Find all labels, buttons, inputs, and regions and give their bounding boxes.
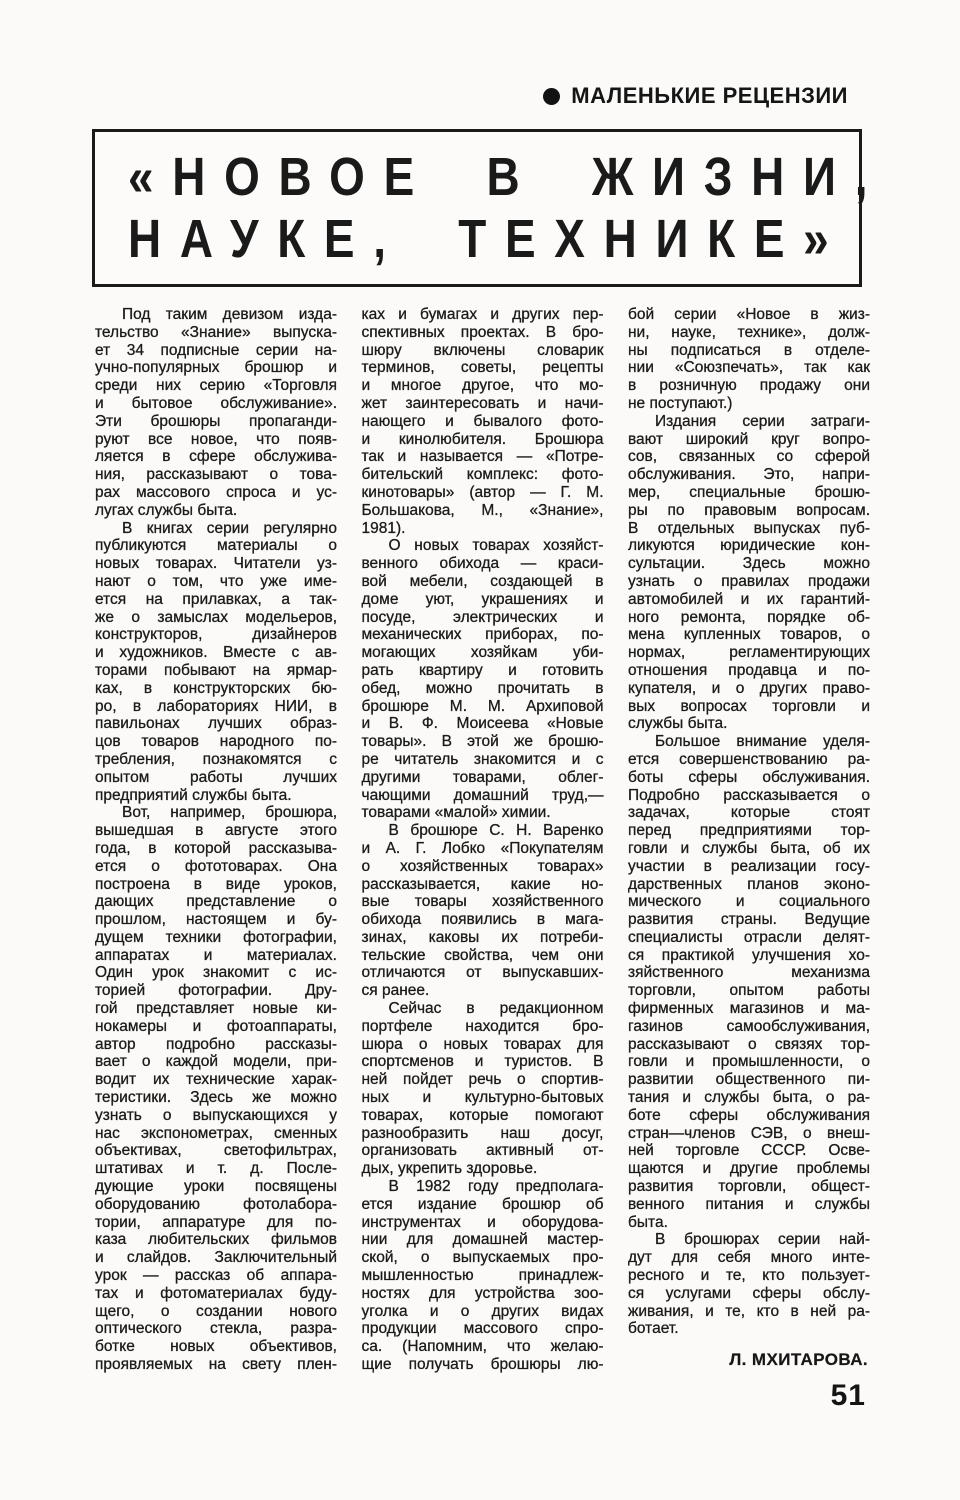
text-line: ках и бумагах и других пер- (362, 306, 604, 324)
text-line: и кинолюбителя. Брошюра (362, 431, 604, 449)
bullet-icon (543, 88, 560, 105)
text-line: посуде, электрических и (362, 609, 604, 627)
text-line: руют все новое, что появ- (95, 431, 337, 449)
text-line: нающего и бывалого фото- (362, 413, 604, 431)
text-line: нормах, регламентирующих (628, 644, 870, 662)
text-line: щие получать брошюры лю- (362, 1356, 604, 1374)
text-line: быта. (628, 1214, 870, 1232)
text-line: боты сферы обслуживания. (628, 769, 870, 787)
text-line: мена купленных товаров, о (628, 626, 870, 644)
text-line: тания и службы быта, о ра- (628, 1089, 870, 1107)
text-line: ках, в конструкторских бю- (95, 680, 337, 698)
text-line: товарами «малой» химии. (362, 804, 604, 822)
text-line: оборудованию фотолабора- (95, 1196, 337, 1214)
paragraph: Издания серии затраги-вают широкий круг … (628, 413, 870, 733)
text-line: механических приборах, по- (362, 626, 604, 644)
text-line: обихода появились в мага- (362, 911, 604, 929)
text-line: фирменных магазинов и ма- (628, 1000, 870, 1018)
text-line: Эти брошюры пропаганди- (95, 413, 337, 431)
column-text: ках и бумагах и других пер-спективных пр… (362, 306, 604, 1374)
column-text: бой серии «Новое в жиз-ни, науке, техник… (628, 306, 870, 1338)
text-column-3: бой серии «Новое в жиз-ни, науке, техник… (628, 306, 870, 1374)
text-line: Подробно рассказывается о (628, 787, 870, 805)
text-line: специалисты отрасли делят- (628, 929, 870, 947)
text-line: нии для домашней мастер- (362, 1231, 604, 1249)
text-line: ния, рассказывают о това- (95, 466, 337, 484)
text-line: ро, в лабораториях НИИ, в (95, 698, 337, 716)
text-line: тельские свойства, чем они (362, 947, 604, 965)
text-line: ры по правовым вопросам. (628, 502, 870, 520)
text-line: отношения продавца и по- (628, 662, 870, 680)
text-line: чающими домашний труд,— (362, 787, 604, 805)
text-line: каза любительских фильмов (95, 1231, 337, 1249)
text-line: о хозяйственных товарах» (362, 858, 604, 876)
text-line: ресного и те, кто пользует- (628, 1267, 870, 1285)
text-line: щего, о создании нового (95, 1303, 337, 1321)
text-line: шюру включены словарик (362, 342, 604, 360)
text-line: Вот, например, брошюра, (95, 804, 337, 822)
text-line: гой представляет новые ки- (95, 1000, 337, 1018)
text-line: ностях для устройства зоо- (362, 1285, 604, 1303)
text-line: бой серии «Новое в жиз- (628, 306, 870, 324)
text-line: инструментах и оборудова- (362, 1214, 604, 1232)
paragraph: ках и бумагах и других пер-спективных пр… (362, 306, 604, 537)
text-line: спективных проектах. В бро- (362, 324, 604, 342)
text-line: ботке новых объективов, (95, 1338, 337, 1356)
text-line: проявляемых на свету плен- (95, 1356, 337, 1374)
text-line: О новых товарах хозяйст- (362, 537, 604, 555)
text-line: вают широкий круг вопро- (628, 431, 870, 449)
text-line: отличаются от выпускавших- (362, 964, 604, 982)
text-line: узнать о выпускающихся у (95, 1107, 337, 1125)
paragraph: В книгах серии регулярнопубликуются мате… (95, 520, 337, 805)
paragraph: Вот, например, брошюра,вышедшая в август… (95, 804, 337, 1374)
text-line: сультации. Здесь можно (628, 555, 870, 573)
text-line: же о замыслах модельеров, (95, 609, 337, 627)
text-line: Большое внимание уделя- (628, 733, 870, 751)
text-line: говли и промышленности, о (628, 1053, 870, 1071)
page-number: 51 (831, 1381, 866, 1411)
text-line: мического и социального (628, 893, 870, 911)
text-line: дут для себя много инте- (628, 1249, 870, 1267)
text-line: В брошюрах серии най- (628, 1231, 870, 1249)
text-line: мышленностью принадлеж- (362, 1267, 604, 1285)
text-line: и слайдов. Заключительный (95, 1249, 337, 1267)
text-line: аппаратах и материалах. (95, 947, 337, 965)
text-line: развитии общественного пи- (628, 1071, 870, 1089)
text-line: кинотовары» (автор — Г. М. (362, 484, 604, 502)
text-line: купателя, и о других право- (628, 680, 870, 698)
paragraph: Под таким девизом изда-тельство «Знание»… (95, 306, 337, 520)
text-line: газинов самообслуживания, (628, 1018, 870, 1036)
section-label: МАЛЕНЬКИЕ РЕЦЕНЗИИ (571, 86, 848, 106)
paragraph: В 1982 году предполага-ется издание брош… (362, 1178, 604, 1374)
paragraph: Сейчас в редакционномпортфеле находится … (362, 1000, 604, 1178)
text-line: оптического стекла, разра- (95, 1320, 337, 1338)
text-line: В книгах серии регулярно (95, 520, 337, 538)
text-line: зяйственного механизма (628, 964, 870, 982)
text-line: построена в виде уроков, (95, 876, 337, 894)
paragraph: В брошюре С. Н. Варенкои А. Г. Лобко «По… (362, 822, 604, 1000)
text-line: нас экспонометрах, сменных (95, 1125, 337, 1143)
text-line: уголка и о других видах (362, 1303, 604, 1321)
text-line: В 1982 году предполага- (362, 1178, 604, 1196)
article-title-box: «НОВОЕ В ЖИЗНИ, НАУКЕ, ТЕХНИКЕ» (92, 129, 862, 287)
text-line: ных и культурно-бытовых (362, 1089, 604, 1107)
text-line: ней торговле СССР. Осве- (628, 1142, 870, 1160)
text-line: нокамеры и фотоаппараты, (95, 1018, 337, 1036)
text-line: участии в реализации госу- (628, 858, 870, 876)
text-line: тах и фотоматериалах буду- (95, 1285, 337, 1303)
text-line: организовать активный от- (362, 1142, 604, 1160)
text-line: ется на прилавках, а так- (95, 591, 337, 609)
text-line: развития торговли, общест- (628, 1178, 870, 1196)
magazine-page: МАЛЕНЬКИЕ РЕЦЕНЗИИ «НОВОЕ В ЖИЗНИ, НАУКЕ… (0, 0, 960, 1500)
text-line: водит их технические харак- (95, 1071, 337, 1089)
text-line: доме уют, украшениях и (362, 591, 604, 609)
text-line: рать квартиру и готовить (362, 662, 604, 680)
text-line: задачах, которые стоят (628, 804, 870, 822)
text-line: нают о том, что уже име- (95, 573, 337, 591)
text-line: торами побывают на ярмар- (95, 662, 337, 680)
text-line: в розничную продажу они (628, 377, 870, 395)
text-line: развития страны. Ведущие (628, 911, 870, 929)
text-line: стран—членов СЭВ, о внеш- (628, 1125, 870, 1143)
text-line: публикуются материалы о (95, 537, 337, 555)
text-line: венного обихода — краси- (362, 555, 604, 573)
text-line: обслуживания. Это, напри- (628, 466, 870, 484)
text-line: не поступают.) (628, 395, 870, 413)
text-line: ся практикой улучшения хо- (628, 947, 870, 965)
text-line: мер, специальные брошю- (628, 484, 870, 502)
text-line: продукции массового спро- (362, 1320, 604, 1338)
text-line: и многое другое, что мо- (362, 377, 604, 395)
text-line: цов товаров народного по- (95, 733, 337, 751)
text-line: В отдельных выпусках пуб- (628, 520, 870, 538)
text-line: ется о фототоварах. Она (95, 858, 337, 876)
text-line: венного питания и службы (628, 1196, 870, 1214)
text-line: и В. Ф. Моисеева «Новые (362, 715, 604, 733)
text-line: живания, и те, кто в ней ра- (628, 1303, 870, 1321)
text-line: ется совершенствованию ра- (628, 751, 870, 769)
text-line: вой мебели, создающей в (362, 573, 604, 591)
text-line: Большакова, М., «Знание», (362, 502, 604, 520)
text-line: и А. Г. Лобко «Покупателям (362, 840, 604, 858)
text-line: года, в которой рассказыва- (95, 840, 337, 858)
text-line: дающих представление о (95, 893, 337, 911)
text-line: дарственных планов эконо- (628, 876, 870, 894)
text-line: нии «Союзпечать», так как (628, 359, 870, 377)
text-line: предприятий службы быта. (95, 787, 337, 805)
text-line: штативах и т. д. После- (95, 1160, 337, 1178)
text-line: рассказывают о связях тор- (628, 1036, 870, 1054)
text-line: опытом работы лучших (95, 769, 337, 787)
text-line: боте сферы обслуживания (628, 1107, 870, 1125)
text-line: бительский комплекс: фото- (362, 466, 604, 484)
paragraph: О новых товарах хозяйст-венного обихода … (362, 537, 604, 822)
paragraph: Большое внимание уделя-ется совершенство… (628, 733, 870, 1231)
text-line: новых товарах. Читатели уз- (95, 555, 337, 573)
text-line: прошлом, настоящем и бу- (95, 911, 337, 929)
section-header: МАЛЕНЬКИЕ РЕЦЕНЗИИ (543, 86, 848, 106)
text-line: Сейчас в редакционном (362, 1000, 604, 1018)
text-line: ликуются юридические кон- (628, 537, 870, 555)
text-line: 1981). (362, 520, 604, 538)
text-line: шюра о новых товарах для (362, 1036, 604, 1054)
text-line: лугах службы быта. (95, 502, 337, 520)
text-line: говли и службы быта, об их (628, 840, 870, 858)
text-line: автор подробно рассказы- (95, 1036, 337, 1054)
text-line: тельство «Знание» выпуска- (95, 324, 337, 342)
text-line: портфеле находится бро- (362, 1018, 604, 1036)
text-line: Под таким девизом изда- (95, 306, 337, 324)
text-line: перед предприятиями тор- (628, 822, 870, 840)
article-columns: Под таким девизом изда-тельство «Знание»… (95, 306, 870, 1374)
text-line: ны подписаться в отделе- (628, 342, 870, 360)
text-line: тории, аппаратуре для по- (95, 1214, 337, 1232)
text-line: другими товарами, облег- (362, 769, 604, 787)
text-line: ся услугами сферы обслу- (628, 1285, 870, 1303)
text-line: рах массового спроса и ус- (95, 484, 337, 502)
text-line: ляется в сфере обслужива- (95, 448, 337, 466)
text-column-2: ках и бумагах и других пер-спективных пр… (362, 306, 604, 1374)
text-line: ской, о выпускаемых про- (362, 1249, 604, 1267)
text-line: требления, познакомятся с (95, 751, 337, 769)
text-line: зинах, каковы их потреби- (362, 929, 604, 947)
text-line: Издания серии затраги- (628, 413, 870, 431)
text-line: урок — рассказ об аппара- (95, 1267, 337, 1285)
text-column-1: Под таким девизом изда-тельство «Знание»… (95, 306, 337, 1374)
text-line: сов, связанных со сферой (628, 448, 870, 466)
text-line: ней пойдет речь о спортив- (362, 1071, 604, 1089)
text-line: товары». В этой же брошю- (362, 733, 604, 751)
text-line: Один урок знакомит с ис- (95, 964, 337, 982)
text-line: дующие уроки посвящены (95, 1178, 337, 1196)
text-line: ет 34 подписные серии на- (95, 342, 337, 360)
text-line: дых, укрепить здоровье. (362, 1160, 604, 1178)
text-line: товарах, которые помогают (362, 1107, 604, 1125)
author-byline: Л. МХИТАРОВА. (628, 1351, 870, 1369)
text-line: ся ранее. (362, 982, 604, 1000)
text-line: ется издание брошюр об (362, 1196, 604, 1214)
text-line: и художников. Вместе с ав- (95, 644, 337, 662)
text-line: вых вопросах торговли и (628, 698, 870, 716)
text-line: торией фотографии. Дру- (95, 982, 337, 1000)
text-line: службы быта. (628, 715, 870, 733)
text-line: жет заинтересовать и начи- (362, 395, 604, 413)
paragraph: В брошюрах серии най-дут для себя много … (628, 1231, 870, 1338)
text-line: ного ремонта, порядке об- (628, 609, 870, 627)
text-line: вает о каждой модели, при- (95, 1053, 337, 1071)
text-line: торговли, опытом работы (628, 982, 870, 1000)
text-line: рассказывается, какие но- (362, 876, 604, 894)
text-line: дущем техники фотографии, (95, 929, 337, 947)
text-line: теристики. Здесь же можно (95, 1089, 337, 1107)
text-line: терминов, советы, рецепты (362, 359, 604, 377)
text-line: вые товары хозяйственного (362, 893, 604, 911)
title-line-2: НАУКЕ, ТЕХНИКЕ» (128, 215, 749, 263)
text-line: В брошюре С. Н. Варенко (362, 822, 604, 840)
text-line: учно-популярных брошюр и (95, 359, 337, 377)
paragraph: бой серии «Новое в жиз-ни, науке, техник… (628, 306, 870, 413)
text-line: щаются и другие проблемы (628, 1160, 870, 1178)
text-line: ре читатель знакомится и с (362, 751, 604, 769)
text-line: ни, науке, технике», долж- (628, 324, 870, 342)
text-line: могающих хозяйкам уби- (362, 644, 604, 662)
text-line: вышедшая в августе этого (95, 822, 337, 840)
text-line: узнать о правилах продажи (628, 573, 870, 591)
text-line: так и называется — «Потре- (362, 448, 604, 466)
text-line: и бытовое обслуживание». (95, 395, 337, 413)
text-line: среди них серию «Торговля (95, 377, 337, 395)
text-line: обед, можно прочитать в (362, 680, 604, 698)
title-line-1: «НОВОЕ В ЖИЗНИ, (128, 153, 749, 201)
column-text: Под таким девизом изда-тельство «Знание»… (95, 306, 337, 1374)
text-line: конструкторов, дизайнеров (95, 626, 337, 644)
text-line: са. (Напомним, что желаю- (362, 1338, 604, 1356)
text-line: автомобилей и их гарантий- (628, 591, 870, 609)
text-line: ботает. (628, 1320, 870, 1338)
text-line: спортсменов и туристов. В (362, 1053, 604, 1071)
text-line: разнообразить наш досуг, (362, 1125, 604, 1143)
text-line: павильонах лучших образ- (95, 715, 337, 733)
text-line: брошюре М. М. Архиповой (362, 698, 604, 716)
text-line: объективах, светофильтрах, (95, 1142, 337, 1160)
